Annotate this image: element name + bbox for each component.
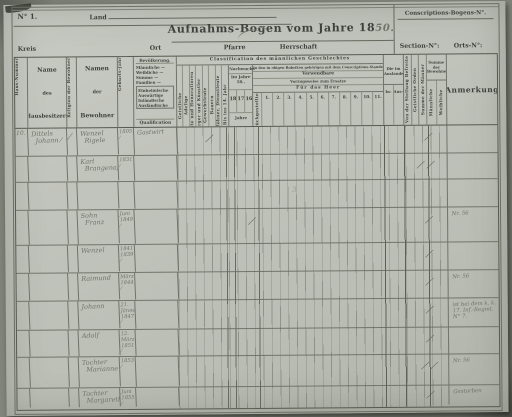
handwritten-tally-mark: ⁄ [429, 389, 433, 402]
remark-cell [447, 152, 498, 179]
birth-year-cell: März 1844 ⁄ [119, 273, 136, 301]
population-line-families: Familien — [136, 80, 174, 85]
birth-year-cell [118, 182, 135, 210]
offspring-subtitle: Im Jahre 18.. [229, 74, 252, 90]
header-birth-year-text: Geburts-Jahr [118, 57, 122, 91]
resident-sum-female-text: Weibliche [439, 90, 443, 116]
remark-cell: ist bei dem k. k. 17. Inf.-Regmt. N° 7. [448, 297, 499, 327]
qualification-cell [134, 209, 178, 245]
handwritten-tally-mark: ⁄ [428, 158, 432, 171]
resident-name-cell [77, 181, 119, 210]
handwritten-tally-mark: ⁄ [428, 304, 432, 317]
birth-year-cell: 1853 ⁄ [120, 357, 137, 388]
house-number-cell [15, 183, 29, 211]
resident-name-cell: Tochter Marianne [79, 356, 121, 388]
house-number-cell [16, 246, 30, 274]
birth-year-cell: 1805 ⁄ [118, 128, 135, 156]
offspring-years: 18 17 16 [229, 90, 252, 113]
header-owner-line3: Hausbesitzers [28, 113, 68, 119]
resident-name-cell: Johann [78, 300, 120, 330]
qualification-label: Qualification [136, 118, 174, 126]
age-class-10: 10. [362, 92, 373, 127]
form-title-year-handwritten: 50. [375, 23, 394, 34]
qualification-cell [136, 387, 180, 408]
owner-name-cell [30, 330, 70, 358]
header-house-number-text: Haus-Nummer [15, 58, 19, 96]
sheet-number: N° 1. [17, 12, 37, 21]
classification-cell: ⁄ [179, 298, 449, 328]
table-row: Raimund März 1844 ⁄ ⁄ Nr. 56 [16, 269, 498, 301]
header-religion-text: Religion der Bewohner [67, 57, 72, 117]
handwritten-tally-mark: ⁄ [427, 214, 431, 227]
header-classification: Classification des männlichen Geschlecht… [177, 54, 448, 126]
classification-cell: ⁄⁄ [178, 207, 448, 243]
exempt-col-text: Von der Stellung Befreite [405, 56, 410, 123]
handwritten-tally-mark: ⁄ [428, 275, 432, 288]
resident-sum-male-text: Männliche [429, 89, 433, 117]
header-birth-year: Geburts-Jahr [118, 57, 135, 127]
class-col-officials-text: Beamte und Honoratioren [190, 71, 195, 127]
qualification-cell [136, 329, 180, 357]
scanned-form-paper: N° 1. Land Conscriptions-Bogens-N°. Aufn… [3, 1, 508, 416]
abroad-col-in: In- [384, 85, 394, 125]
birth-year-cell: 12. März 1851 ⁄ [120, 330, 137, 357]
classification-cell: ⁄ [179, 327, 449, 355]
herrschaft-label: Herrschaft [280, 44, 318, 51]
handwritten-tally-mark: ⁄ [428, 332, 432, 345]
population-box: Einheimische Auswärtige Inländische Ausl… [136, 86, 174, 109]
owner-name-cell [30, 388, 70, 409]
class-col-clergy-text: Geistliche [178, 92, 182, 119]
remark-cell: Nr. 56 [449, 353, 500, 385]
house-number-cell [17, 389, 31, 409]
age-class-8: 8. [340, 92, 351, 126]
table-body: 10. Dittels Johann ⁄ ⁄ Wenzel Rigele 180… [15, 125, 499, 410]
birth-year-cell: Juni 1855 ⁄ [120, 388, 137, 408]
house-number-cell [17, 331, 31, 358]
resident-name-cell: Adolf [79, 329, 121, 357]
land-label-text: Land [89, 14, 106, 21]
offspring-year-18: 18 [229, 90, 237, 112]
conscription-group: In den in obigen Rubriken gehörigen mit … [253, 64, 383, 127]
qualification-cell [135, 244, 179, 273]
age-class-11: 11. [373, 92, 383, 127]
class-col-burghers-text: Bürger und Künstler [197, 78, 202, 127]
house-number-cell [16, 302, 30, 331]
resident-sum-title: Summe der Bewohner [427, 55, 446, 81]
resident-sum-box: Summe der Bewohner Männliche Weibliche [427, 55, 447, 125]
house-number-cell [16, 274, 30, 302]
handwritten-tally-mark: ⁄ [208, 132, 212, 145]
table-row: Tochter Margareth Juni 1855 ⁄ ⁄ Gestorbe… [17, 384, 499, 408]
population-title: Bevölkerung. [136, 58, 174, 65]
resident-name-cell: Tochter Margareth [79, 387, 121, 408]
age-class-3: 3. [284, 93, 295, 127]
remark-cell [447, 125, 498, 153]
owner-name-cell [29, 301, 69, 331]
deferred-col-text: Zurückgestellte [255, 93, 260, 127]
classification-cell: ⁄⁄ [179, 354, 449, 386]
pfarre-label: Pfarre [224, 44, 246, 51]
header-residents-line3: Bewohner [80, 112, 114, 119]
abroad-group: Die im Auslande In- Aus- [384, 55, 405, 125]
remark-cell: Nr. 56 [448, 269, 499, 298]
age-class-2: 2. [273, 93, 284, 127]
age-class-9: 9. [351, 92, 362, 126]
header-remark: Anmerkung [447, 54, 498, 124]
header-religion: Religion der Bewohner [67, 57, 78, 127]
table-row: Johann 21. Jänner 1847 ⁄ ⁄ ist bei dem k… [17, 297, 499, 330]
classification-cell: ⁄ [178, 242, 448, 271]
remark-cell [447, 178, 498, 207]
age-class-7: 7. [329, 92, 340, 126]
classification-cell: ⁄ [179, 385, 449, 407]
owner-name-cell [28, 182, 68, 211]
header-owner-line1: Name [37, 66, 57, 73]
remark-cell: Nr. 56 [447, 206, 498, 242]
header-remark-text: Anmerkung [447, 85, 498, 94]
class-col-farmers-text: Bauern [210, 96, 214, 115]
handwritten-tally-mark: ⁄ [419, 158, 423, 171]
classification-cell: ⁄⁄ [178, 153, 448, 180]
age-class-row: Zurückgestellte 1. 2. 3. 4. 5. 6. 7. 8. [253, 92, 383, 127]
remark-cell: Gestorben [449, 384, 499, 406]
age-class-6: 6. [318, 92, 329, 126]
header-residents: Namen der Bewohner [77, 57, 119, 127]
resident-name-cell: Wenzel [78, 244, 120, 273]
qualification-cell [136, 356, 180, 388]
class-col-under14-text: Bis ins 14. Jahr [223, 85, 228, 126]
offspring-year-16: 16 [245, 90, 252, 112]
table-row: Tochter Marianne 1853 ⁄ ⁄⁄ Nr. 56 [17, 353, 499, 388]
class-col-laborers-text: Taglöhner, Dienstleute [216, 75, 221, 127]
land-label: Land [89, 11, 276, 21]
class-col-nobility-text: Adelige [184, 95, 188, 115]
remark-cell [449, 326, 500, 354]
table-row: 3 [16, 178, 498, 210]
form-title: Aufnahms-Bogen vom Jahre 1850. [154, 21, 409, 36]
house-number-cell [17, 358, 31, 389]
table-row: Wenzel 1841 1839 ⁄ ⁄ [16, 241, 498, 273]
birth-year-cell: 1831 ⁄ [118, 156, 135, 182]
ort-label: Ort [150, 45, 162, 52]
abroad-title: Die im Auslande [384, 55, 403, 85]
deferred-col: Zurückgestellte [253, 93, 262, 127]
table-header: Haus-Nummer Name des Hausbesitzers Relig… [15, 54, 498, 129]
offspring-year-17: 17 [237, 90, 245, 112]
owner-name-cell [30, 357, 70, 389]
house-number-cell [15, 157, 29, 183]
table-row: Sohn Franz Juni 1849 ⁄ ⁄⁄ Nr. 56 [16, 206, 498, 245]
clergy-order-col-text: Geistliche Orden [413, 68, 418, 112]
classification-cell: ⁄⁄ [177, 125, 447, 154]
male-sum-col-text: Summe der Männer [420, 64, 425, 115]
orts-number-label: Orts-N°: [454, 42, 483, 49]
census-table: Haus-Nummer Name des Hausbesitzers Relig… [14, 53, 501, 411]
owner-name-cell [29, 245, 69, 274]
owner-name-cell [29, 273, 69, 302]
birth-year-cell: Juni 1849 ⁄ [118, 210, 135, 245]
handwritten-tally-mark: ⁄ [250, 215, 254, 228]
classification-cell: 3 [178, 179, 448, 208]
header-residents-line2: der [93, 89, 102, 95]
abroad-col-out: Aus- [394, 85, 404, 125]
owner-name-cell [28, 210, 68, 246]
table-row: 10. Dittels Johann ⁄ ⁄ Wenzel Rigele 180… [15, 125, 497, 156]
handwritten-tally-mark: ⁄ [423, 360, 427, 373]
header-house-number: Haus-Nummer [15, 58, 29, 128]
offspring-title: Nachwuchs [229, 65, 252, 74]
qualification-cell [135, 300, 179, 330]
table-row: Karl Brangenaß 1831 ⁄ ⁄⁄ [16, 152, 498, 182]
section-number-label: Section-N°: [400, 43, 440, 50]
age-class-1: 1. [262, 93, 273, 127]
land-blank-line [109, 11, 277, 19]
offspring-group: Nachwuchs Im Jahre 18.. 18 17 16 Jahre [229, 65, 254, 127]
birth-year-cell: 21. Jänner 1847 ⁄ [119, 301, 136, 330]
birth-year-cell: 1841 1839 ⁄ [119, 245, 136, 273]
qualification-cell: Gastwirt [134, 127, 178, 156]
form-title-printed: Aufnahms-Bogen vom Jahre 18 [168, 21, 376, 36]
header-owner-line2: des [43, 90, 52, 96]
qualification-cell [135, 272, 179, 301]
classification-cell: ⁄ [179, 270, 449, 299]
resident-name-cell: Karl Brangenaß [77, 155, 119, 182]
handwritten-tally-mark: ⁄ [427, 130, 431, 143]
class-col-trades-text: Gewerbsleute [203, 87, 207, 123]
age-class-5: 5. [307, 93, 318, 127]
table-row: Adolf 12. März 1851 ⁄ ⁄ [17, 326, 499, 357]
qualification-cell [134, 181, 178, 210]
population-box-line4: Ausländische [138, 102, 172, 107]
owner-name-cell: Dittels Johann ⁄ [28, 128, 68, 157]
header-residents-line1: Namen [85, 65, 109, 72]
resident-sum-female: Weibliche [437, 81, 446, 125]
resident-name-cell: Raimund [78, 272, 120, 301]
header-owner: Name des Hausbesitzers [28, 57, 68, 127]
house-number-cell: 10. [15, 129, 29, 157]
kreis-label: Kreis [18, 46, 36, 53]
remark-cell [448, 241, 499, 270]
resident-name-cell: Wenzel Rigele [77, 127, 119, 156]
resident-name-cell: Sohn Franz [77, 209, 119, 245]
handwritten-tally-mark: ⁄ [433, 360, 437, 373]
age-class-4: 4. [296, 93, 307, 127]
header-population: Bevölkerung. Männliche — Weibliche — Sum… [134, 57, 178, 127]
qualification-cell [134, 155, 178, 182]
handwritten-tally-mark: ⁄ [428, 247, 432, 260]
resident-sum-male: Männliche [427, 81, 437, 125]
handwritten-tally-mark: 3 [292, 186, 297, 194]
classification-group: Classification des männlichen Geschlecht… [177, 55, 385, 127]
conscription-number-label: Conscriptions-Bogens-N°. [397, 10, 493, 20]
offspring-unit: Jahre [230, 113, 253, 127]
owner-name-cell [28, 156, 68, 183]
